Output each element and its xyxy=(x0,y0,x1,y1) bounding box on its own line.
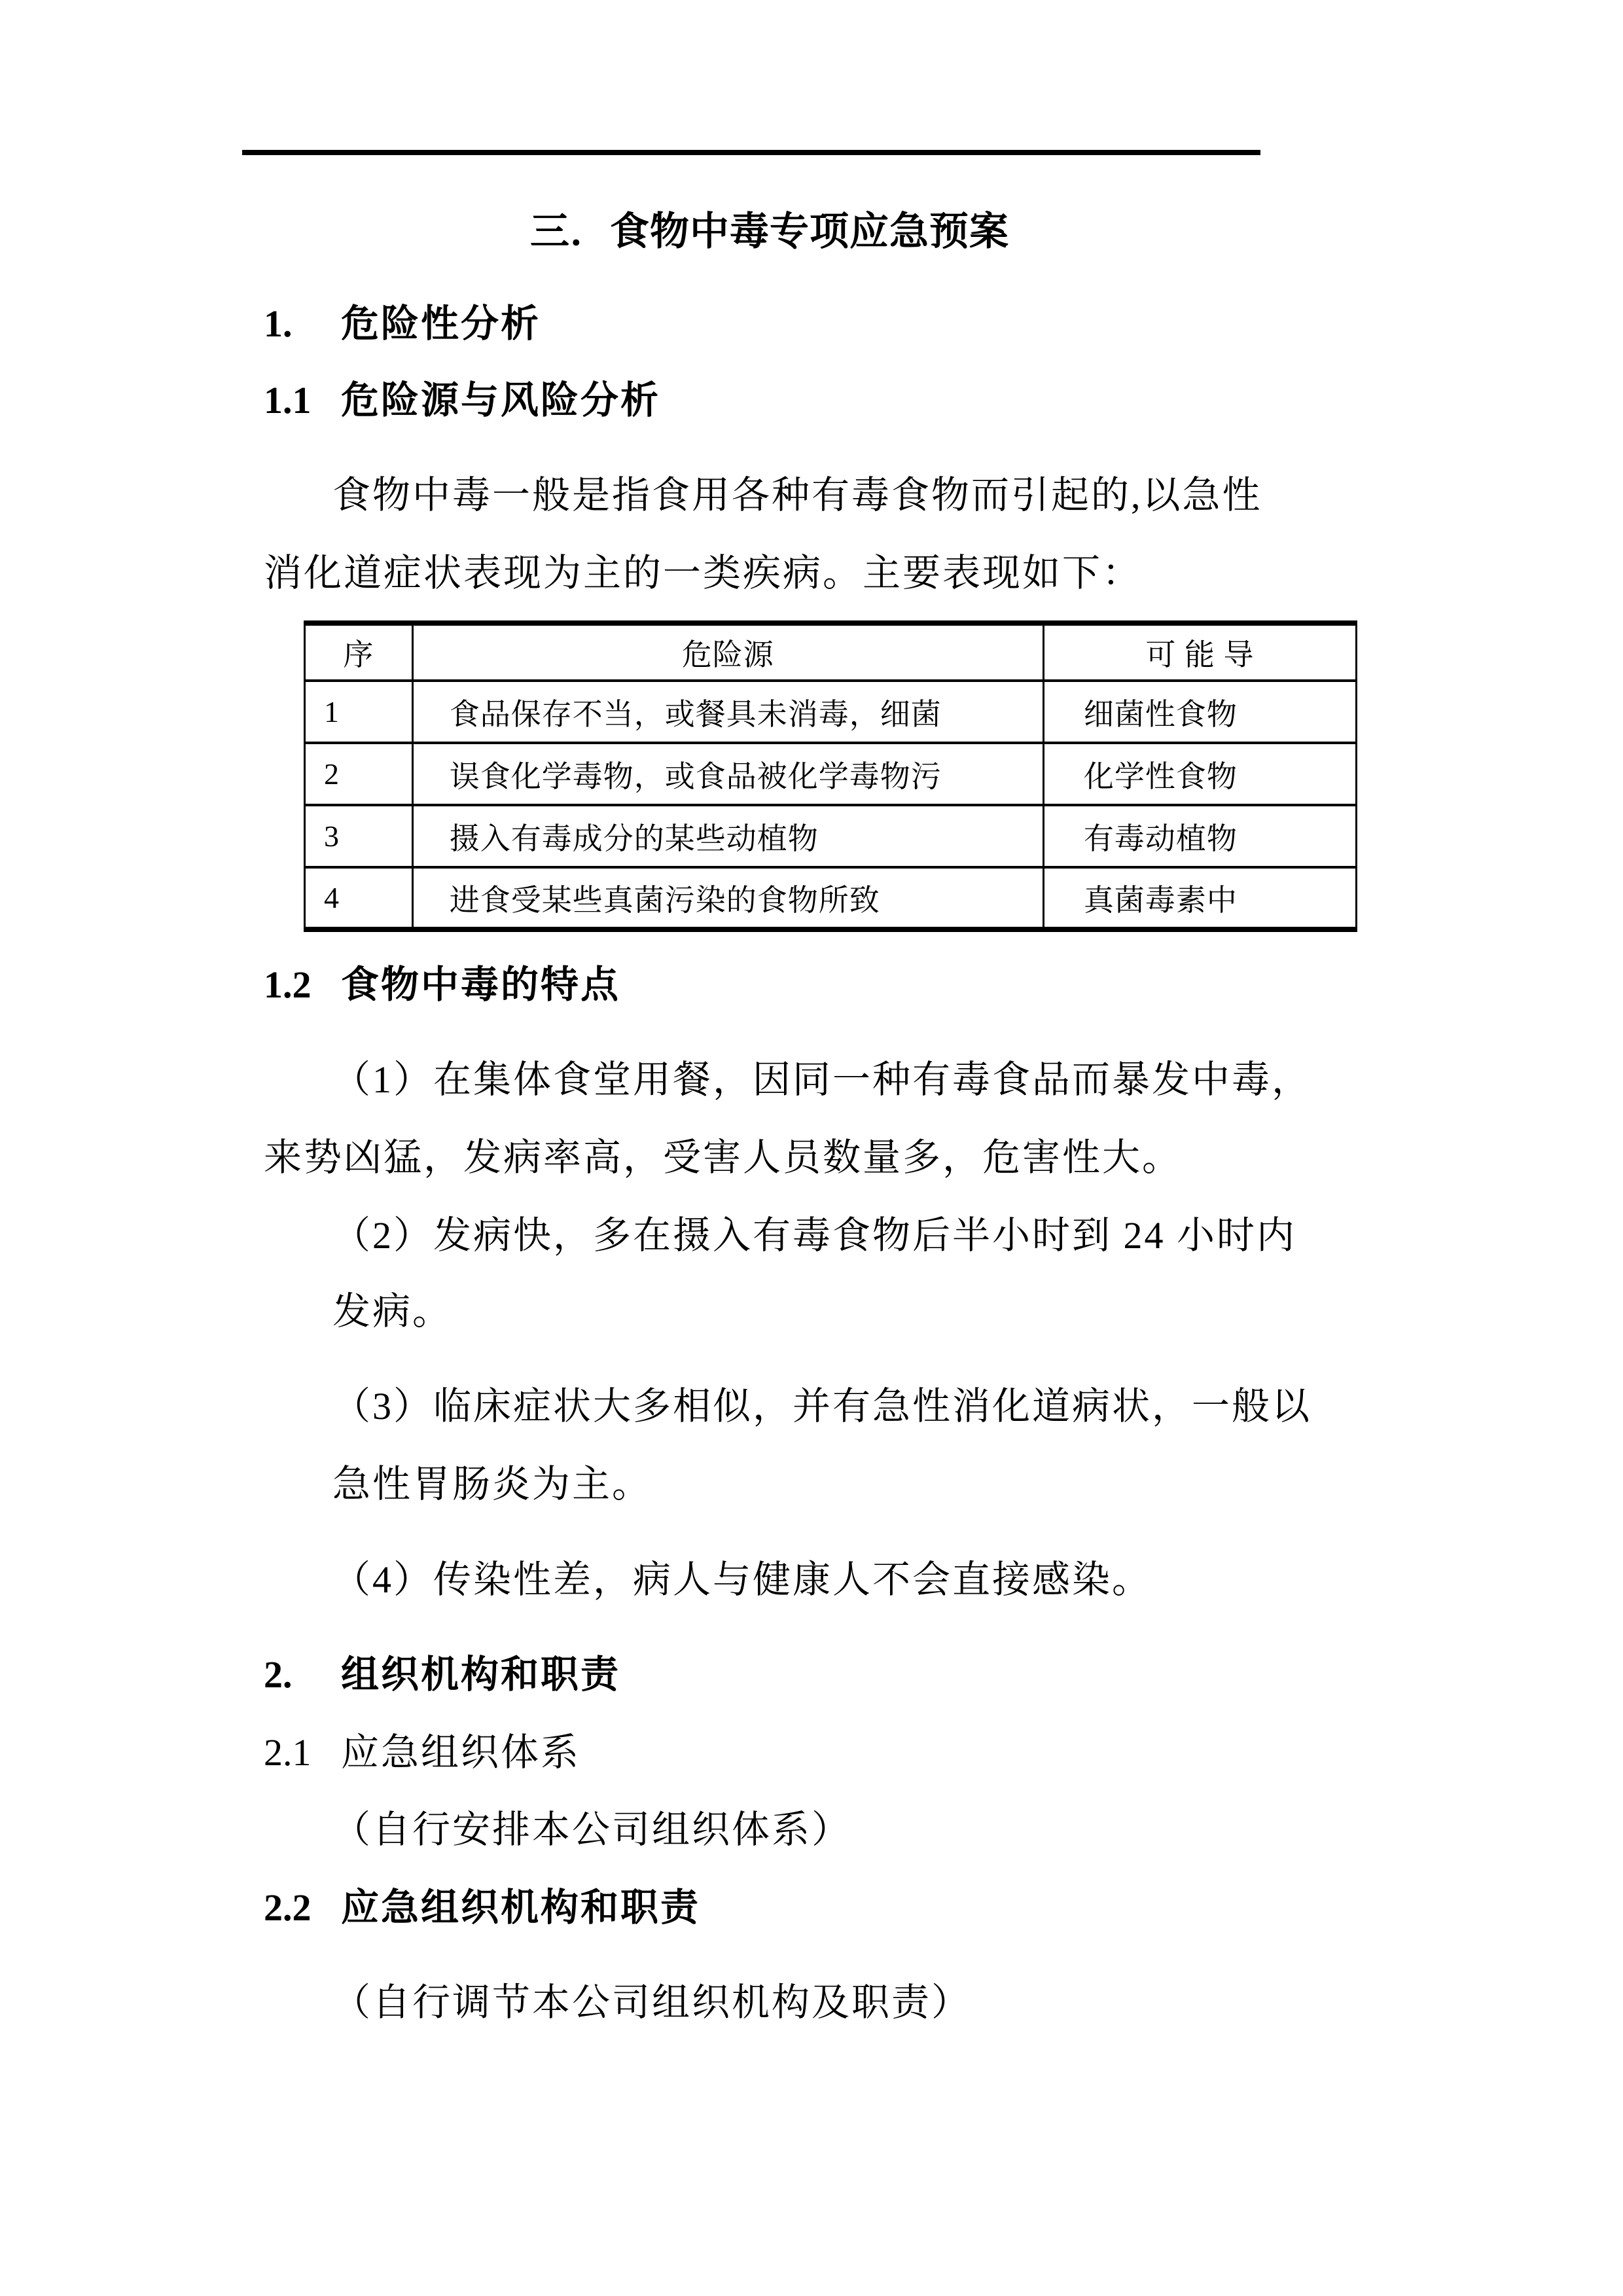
header-cell-seq: 序 xyxy=(305,623,413,681)
cell-result: 有毒动植物 xyxy=(1043,805,1356,867)
list-item-line: （2）发病快，多在摄入有毒食物后半小时到 24 小时内 xyxy=(332,1216,1296,1255)
section-2-title: 组织机构和职责 xyxy=(341,1653,620,1696)
table-row: 1 食品保存不当，或餐具未消毒，细菌 细菌性食物 xyxy=(305,681,1357,743)
section-1-2-heading: 1.2食物中毒的特点 xyxy=(264,965,620,1005)
section-2-2-heading: 2.2应急组织机构和职责 xyxy=(264,1888,700,1928)
page-title: 三．食物中毒专项应急预案 xyxy=(530,211,1009,253)
section-1-title: 危险性分析 xyxy=(341,302,541,345)
section-2-1-number: 2.1 xyxy=(264,1733,341,1772)
section-1-2-number: 1.2 xyxy=(264,965,341,1005)
paragraph-line: 消化道症状表现为主的一类疾病。主要表现如下： xyxy=(264,554,1142,593)
section-2-number: 2. xyxy=(264,1655,341,1695)
section-1-1-number: 1.1 xyxy=(264,381,341,420)
header-rule xyxy=(242,150,1260,155)
cell-result: 细菌性食物 xyxy=(1043,681,1356,743)
cell-seq: 1 xyxy=(305,681,413,743)
document-page: 三．食物中毒专项应急预案 1.危险性分析 1.1危险源与风险分析 食物中毒一般是… xyxy=(0,0,1623,2296)
cell-result: 真菌毒素中 xyxy=(1043,867,1356,929)
cell-seq: 2 xyxy=(305,743,413,805)
list-item-line: （4）传染性差，病人与健康人不会直接感染。 xyxy=(332,1560,1152,1600)
section-1-1-title: 危险源与风险分析 xyxy=(341,379,660,422)
table-row: 4 进食受某些真菌污染的食物所致 真菌毒素中 xyxy=(305,867,1357,929)
cell-source: 进食受某些真菌污染的食物所致 xyxy=(412,867,1043,929)
section-1-2-title: 食物中毒的特点 xyxy=(341,963,620,1006)
table-header-row: 序 危险源 可 能 导 xyxy=(305,623,1357,681)
note-line: （自行安排本公司组织体系） xyxy=(332,1810,851,1850)
table-row: 2 误食化学毒物，或食品被化学毒物污 化学性食物 xyxy=(305,743,1357,805)
section-2-heading: 2.组织机构和职责 xyxy=(264,1655,620,1695)
paragraph-line: 食物中毒一般是指食用各种有毒食物而引起的,以急性 xyxy=(332,476,1262,515)
header-cell-result: 可 能 导 xyxy=(1043,623,1356,681)
list-item-line: 急性胃肠炎为主。 xyxy=(332,1465,652,1504)
section-1-heading: 1.危险性分析 xyxy=(264,304,541,344)
list-item-line: （3）临床症状大多相似，并有急性消化道病状，一般以 xyxy=(332,1387,1311,1426)
section-2-1-heading: 2.1应急组织体系 xyxy=(264,1733,580,1772)
cell-source: 误食化学毒物，或食品被化学毒物污 xyxy=(412,743,1043,805)
cell-seq: 4 xyxy=(305,867,413,929)
note-line: （自行调节本公司组织机构及职责） xyxy=(332,1983,971,2022)
cell-seq: 3 xyxy=(305,805,413,867)
section-1-number: 1. xyxy=(264,304,341,344)
section-2-1-title: 应急组织体系 xyxy=(341,1731,580,1774)
table-row: 3 摄入有毒成分的某些动植物 有毒动植物 xyxy=(305,805,1357,867)
list-item-line: 来势凶猛，发病率高，受害人员数量多，危害性大。 xyxy=(264,1138,1182,1177)
header-cell-source: 危险源 xyxy=(412,623,1043,681)
cell-source: 食品保存不当，或餐具未消毒，细菌 xyxy=(412,681,1043,743)
list-item-line: 发病。 xyxy=(332,1292,452,1331)
section-2-2-number: 2.2 xyxy=(264,1888,341,1928)
cell-result: 化学性食物 xyxy=(1043,743,1356,805)
list-item-line: （1）在集体食堂用餐，因同一种有毒食品而暴发中毒， xyxy=(332,1060,1311,1100)
section-1-1-heading: 1.1危险源与风险分析 xyxy=(264,381,660,420)
hazard-table: 序 危险源 可 能 导 1 食品保存不当，或餐具未消毒，细菌 细菌性食物 2 误… xyxy=(304,620,1357,932)
cell-source: 摄入有毒成分的某些动植物 xyxy=(412,805,1043,867)
section-2-2-title: 应急组织机构和职责 xyxy=(341,1886,700,1929)
